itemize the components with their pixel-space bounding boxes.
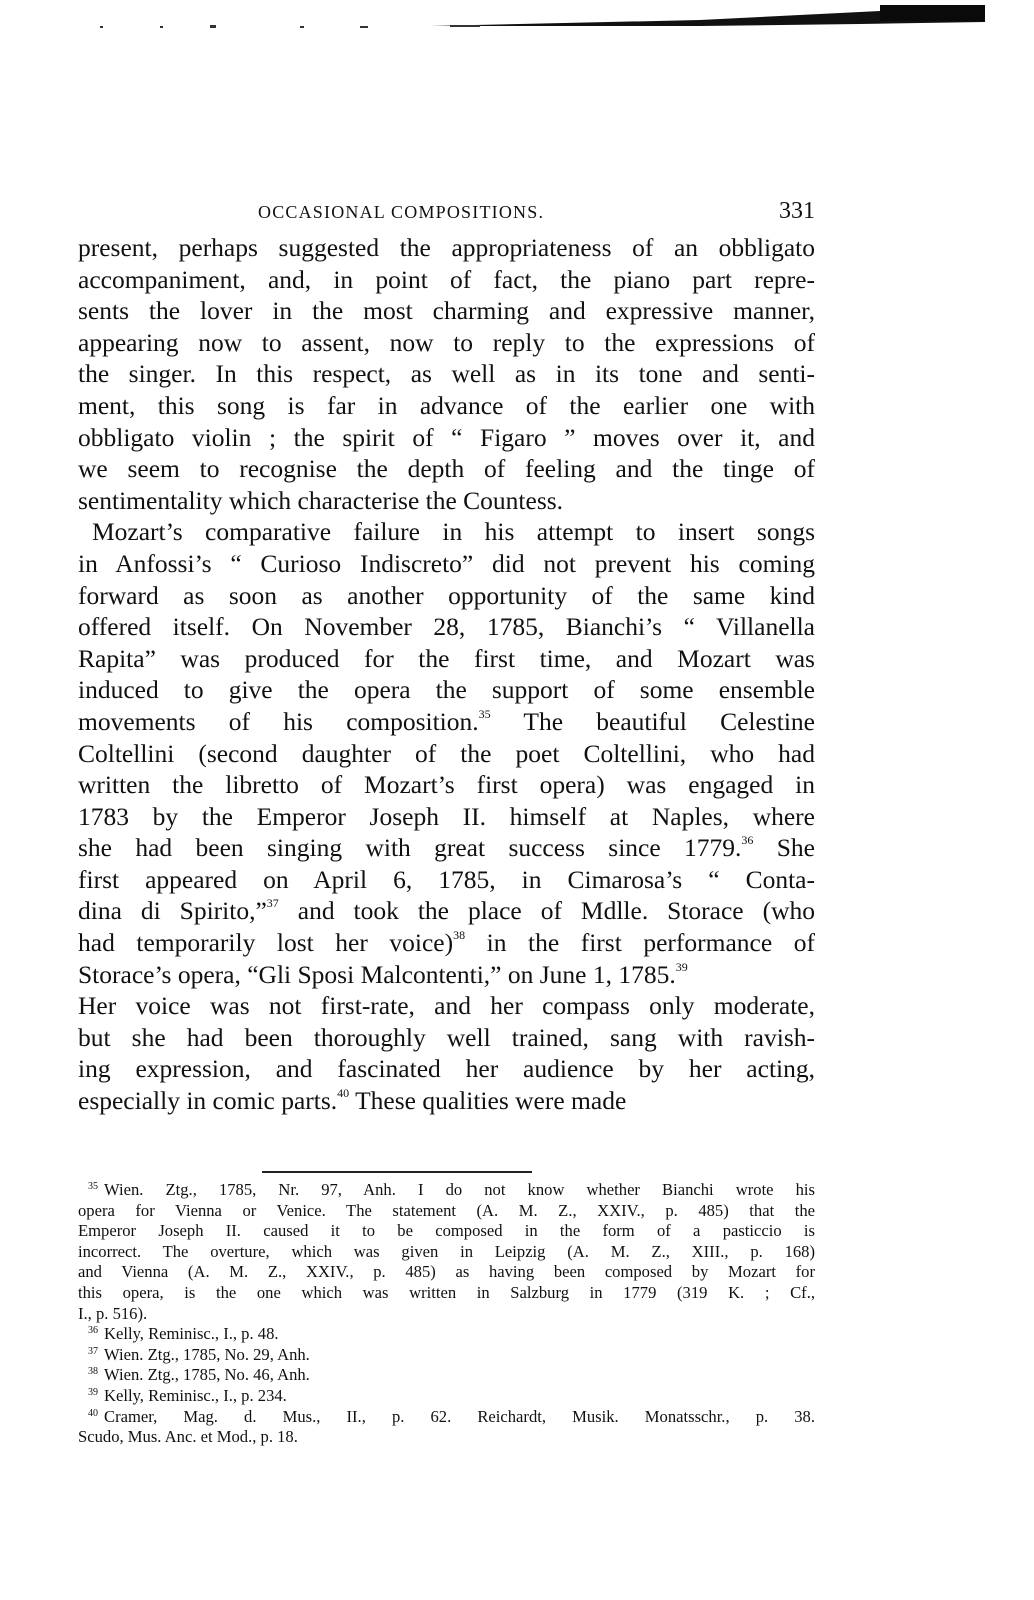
footnote-line: 36Kelly, Reminisc., I., p. 48. xyxy=(78,1324,815,1345)
body-line: forward as soon as another opportunity o… xyxy=(78,580,815,612)
footnote-number: 35 xyxy=(88,1181,98,1192)
body-line: present, perhaps suggested the appropria… xyxy=(78,232,815,264)
footnote-line: and Vienna (A. M. Z., XXIV., p. 485) as … xyxy=(78,1262,815,1283)
body-line: we seem to recognise the depth of feelin… xyxy=(78,453,815,485)
body-line: movements of his composition.35 The beau… xyxy=(78,706,815,738)
body-text: present, perhaps suggested the appropria… xyxy=(78,232,815,1117)
running-head: OCCASIONAL COMPOSITIONS. xyxy=(258,202,544,223)
footnote-ref[interactable]: 36 xyxy=(741,833,753,847)
body-line: but she had been thoroughly well trained… xyxy=(78,1022,815,1054)
footnote-line: Scudo, Mus. Anc. et Mod., p. 18. xyxy=(78,1427,815,1448)
footnote-number: 40 xyxy=(88,1408,98,1419)
body-line: sentimentality which characterise the Co… xyxy=(78,485,815,517)
body-line: written the libretto of Mozart’s first o… xyxy=(78,769,815,801)
footnote-ref[interactable]: 37 xyxy=(267,896,279,910)
footnote-line: 35Wien. Ztg., 1785, Nr. 97, Anh. I do no… xyxy=(78,1180,815,1201)
body-line: induced to give the opera the support of… xyxy=(78,674,815,706)
body-line: 1783 by the Emperor Joseph II. himself a… xyxy=(78,801,815,833)
body-line: Coltellini (second daughter of the poet … xyxy=(78,738,815,770)
body-line: ing expression, and fascinated her audie… xyxy=(78,1053,815,1085)
body-line: she had been singing with great success … xyxy=(78,832,815,864)
footnote-line: 40Cramer, Mag. d. Mus., II., p. 62. Reic… xyxy=(78,1407,815,1428)
body-line: appearing now to assent, now to reply to… xyxy=(78,327,815,359)
body-line: especially in comic parts.40 These quali… xyxy=(78,1085,815,1117)
body-line: Mozart’s comparative failure in his atte… xyxy=(78,516,815,548)
body-line: the singer. In this respect, as well as … xyxy=(78,358,815,390)
footnote-line: this opera, is the one which was written… xyxy=(78,1283,815,1304)
footnote-line: 39Kelly, Reminisc., I., p. 234. xyxy=(78,1386,815,1407)
footnote-separator xyxy=(262,1171,532,1173)
footnote-number: 38 xyxy=(88,1366,98,1377)
body-line: dina di Spirito,”37 and took the place o… xyxy=(78,895,815,927)
body-line: obbligato violin ; the spirit of “ Figar… xyxy=(78,422,815,454)
page-number: 331 xyxy=(779,198,815,225)
footnote-line: 37Wien. Ztg., 1785, No. 29, Anh. xyxy=(78,1345,815,1366)
footnote-ref[interactable]: 35 xyxy=(479,707,491,721)
body-line: Storace’s opera, “Gli Sposi Malcontenti,… xyxy=(78,959,815,991)
body-line: had temporarily lost her voice)38 in the… xyxy=(78,927,815,959)
body-line: accompaniment, and, in point of fact, th… xyxy=(78,264,815,296)
scan-artifact-top-edge xyxy=(0,0,1034,30)
footnote-ref[interactable]: 40 xyxy=(337,1086,349,1100)
footnote-number: 37 xyxy=(88,1346,98,1357)
footnote-line: opera for Vienna or Venice. The statemen… xyxy=(78,1201,815,1222)
footnote-ref[interactable]: 38 xyxy=(453,928,465,942)
body-line: first appeared on April 6, 1785, in Cima… xyxy=(78,864,815,896)
footnote-line: I., p. 516). xyxy=(78,1304,815,1325)
body-line: sents the lover in the most charming and… xyxy=(78,295,815,327)
body-line: ment, this song is far in advance of the… xyxy=(78,390,815,422)
footnotes: 35Wien. Ztg., 1785, Nr. 97, Anh. I do no… xyxy=(78,1180,815,1448)
body-line: Rapita” was produced for the first time,… xyxy=(78,643,815,675)
footnote-ref[interactable]: 39 xyxy=(676,960,688,974)
body-line: in Anfossi’s “ Curioso Indiscreto” did n… xyxy=(78,548,815,580)
footnote-line: incorrect. The overture, which was given… xyxy=(78,1242,815,1263)
footnote-line: 38Wien. Ztg., 1785, No. 46, Anh. xyxy=(78,1365,815,1386)
footnote-line: Emperor Joseph II. caused it to be compo… xyxy=(78,1221,815,1242)
body-line: offered itself. On November 28, 1785, Bi… xyxy=(78,611,815,643)
body-line: Her voice was not first-rate, and her co… xyxy=(78,990,815,1022)
footnote-number: 39 xyxy=(88,1387,98,1398)
footnote-number: 36 xyxy=(88,1325,98,1336)
page-header: OCCASIONAL COMPOSITIONS. 331 xyxy=(78,198,815,228)
